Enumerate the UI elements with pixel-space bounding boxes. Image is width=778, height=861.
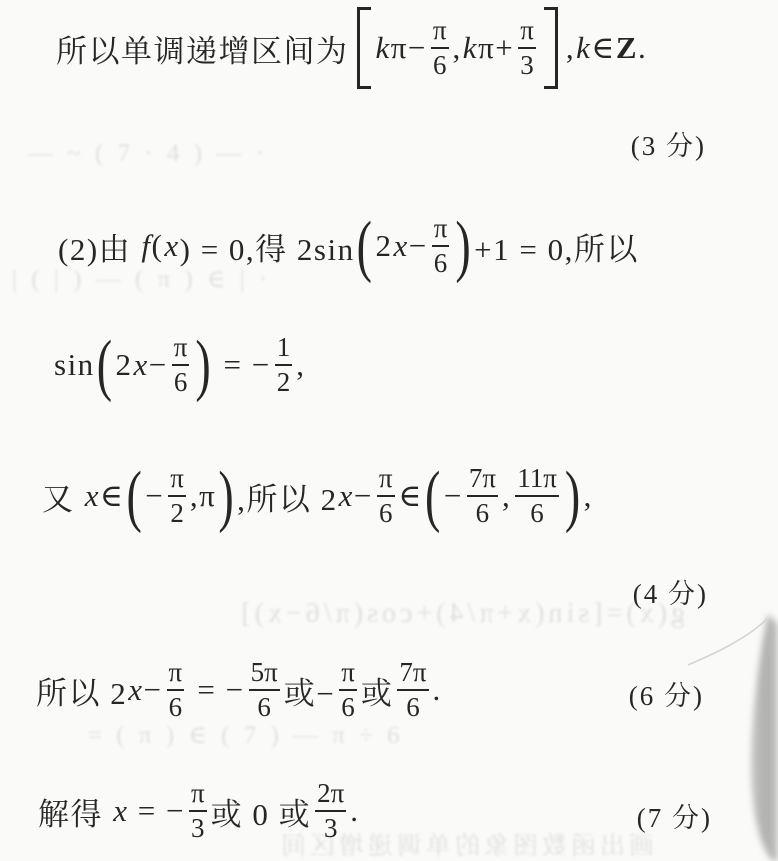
math-text: k: [375, 30, 391, 66]
math-text: = −: [214, 347, 270, 383]
fraction-bar: [315, 810, 346, 812]
right-big-paren: ): [563, 462, 584, 531]
denominator: 2: [275, 368, 293, 397]
math-text: x: [84, 478, 100, 514]
math-text: (2)由: [58, 224, 140, 269]
denominator: 6: [404, 693, 422, 722]
denominator: 3: [322, 814, 340, 843]
math-text: Z: [616, 30, 638, 66]
numerator: 7π: [467, 464, 498, 493]
numerator: π: [432, 214, 450, 243]
score-badge-6: (6 分): [629, 674, 704, 713]
denominator: 6: [172, 368, 190, 397]
denominator: 6: [339, 693, 357, 722]
math-text: x: [392, 228, 408, 264]
math-text: x: [163, 228, 179, 264]
math-text: ) = 0,得 2sin: [180, 224, 355, 269]
right-big-paren: ): [453, 212, 474, 281]
math-text: 所以 2: [36, 668, 127, 713]
math-text: −: [144, 672, 163, 708]
fraction-bar: [467, 495, 498, 497]
numerator: 2π: [315, 779, 346, 808]
math-text: 解得: [38, 789, 112, 834]
math-text: sin: [54, 347, 95, 383]
fraction-bar: [518, 47, 536, 49]
fraction: π6: [339, 658, 357, 722]
numerator: π: [431, 16, 449, 45]
bleed-through-text: g(x)=[sin(x+π/4)+cos(π/6−x)]: [85, 598, 685, 630]
fraction: 7π6: [397, 658, 428, 722]
math-text: −: [149, 347, 168, 383]
fraction: π2: [168, 464, 186, 528]
math-text: (: [152, 228, 164, 264]
right-square-bracket: [544, 7, 558, 89]
fraction-bar: [275, 364, 293, 366]
fraction-bar: [172, 364, 190, 366]
domain-range-line: 又 x∈(−π2,π),所以 2x−π6∈(−7π6,11π6),: [42, 452, 593, 540]
math-text: f: [140, 228, 151, 264]
numerator: π: [189, 779, 207, 808]
math-text: x: [338, 478, 354, 514]
monotonic-interval-line: 所以单调递增区间为kπ−π6,kπ+π3,k∈Z.: [56, 6, 647, 90]
right-big-paren: ): [216, 462, 237, 531]
fraction: π6: [432, 214, 450, 278]
fraction: π3: [518, 16, 536, 80]
fraction: π6: [167, 658, 185, 722]
fraction-bar: [339, 689, 357, 691]
denominator: 6: [432, 249, 450, 278]
fraction: 11π6: [515, 464, 559, 528]
numerator: 5π: [249, 658, 280, 687]
denominator: 3: [518, 51, 536, 80]
math-text: ,: [296, 347, 305, 383]
math-text: ,所以 2: [237, 474, 338, 519]
denominator: 6: [528, 499, 546, 528]
score-badge-3: (3 分): [631, 124, 706, 163]
math-text: −: [145, 478, 164, 514]
numerator: π: [167, 658, 185, 687]
math-text: k: [462, 30, 478, 66]
fraction: π6: [172, 333, 190, 397]
math-text: ,: [502, 478, 511, 514]
numerator: π: [172, 333, 190, 362]
scanned-math-page: — ~ ( 7 · 4 ) — · | ( | ) — ( π ) ∈ | · …: [0, 0, 778, 861]
math-text: +1 = 0,所以: [474, 224, 639, 269]
math-text: 又: [42, 474, 84, 519]
math-text: ∈: [591, 30, 615, 66]
math-text: 或−: [284, 668, 335, 713]
denominator: 6: [167, 693, 185, 722]
fraction: 12: [275, 333, 293, 397]
numerator: 1: [275, 333, 293, 362]
fraction-bar: [167, 689, 185, 691]
left-big-paren: (: [124, 462, 145, 531]
math-text: ,: [566, 30, 575, 66]
math-text: −: [444, 478, 463, 514]
fraction-bar: [431, 47, 449, 49]
math-text: ,: [453, 30, 462, 66]
math-text: π−: [391, 30, 427, 66]
math-text: x: [112, 793, 128, 829]
fraction-bar: [515, 495, 559, 497]
math-text: = −: [188, 672, 244, 708]
math-text: x: [133, 347, 149, 383]
math-text: 或: [361, 668, 394, 713]
score-badge-7: (7 分): [637, 796, 712, 835]
score-badge-4: (4 分): [633, 572, 708, 611]
fraction: π6: [431, 16, 449, 80]
fraction-bar: [432, 245, 450, 247]
math-text: ∈: [100, 478, 124, 514]
math-text: 2: [375, 228, 392, 264]
numerator: 7π: [397, 658, 428, 687]
fraction-bar: [377, 495, 395, 497]
math-text: k: [575, 30, 591, 66]
fraction-bar: [189, 810, 207, 812]
math-text: π+: [478, 30, 514, 66]
math-text: −: [354, 478, 373, 514]
bleed-through-text: — ~ ( 7 · 4 ) — ·: [28, 140, 548, 168]
left-big-paren: (: [95, 331, 116, 400]
left-big-paren: (: [423, 462, 444, 531]
math-text: 或 0 或: [211, 789, 312, 834]
denominator: 6: [474, 499, 492, 528]
left-square-bracket: [357, 7, 371, 89]
math-text: x: [127, 672, 143, 708]
math-text: ∈: [399, 478, 423, 514]
denominator: 6: [431, 51, 449, 80]
math-text: .: [350, 793, 359, 829]
numerator: π: [377, 464, 395, 493]
part2-setup-line: (2)由 f(x) = 0,得 2sin(2x−π6)+1 = 0,所以: [58, 202, 639, 290]
curl-shadow-shape: [751, 614, 778, 861]
x-solutions-line: 解得 x = −π3或 0 或2π3.: [38, 768, 360, 854]
fraction: 2π3: [315, 779, 346, 843]
math-text: −: [409, 228, 428, 264]
math-text: 2: [116, 347, 133, 383]
fraction: π3: [189, 779, 207, 843]
fraction: 7π6: [467, 464, 498, 528]
fraction-bar: [397, 689, 428, 691]
fraction-bar: [249, 689, 280, 691]
right-big-paren: ): [193, 331, 214, 400]
denominator: 3: [189, 814, 207, 843]
fraction: 5π6: [249, 658, 280, 722]
denominator: 6: [255, 693, 273, 722]
numerator: π: [168, 464, 186, 493]
denominator: 6: [377, 499, 395, 528]
fraction-bar: [168, 495, 186, 497]
fraction: π6: [377, 464, 395, 528]
numerator: π: [518, 16, 536, 45]
math-text: ,: [584, 478, 593, 514]
math-text: .: [433, 672, 442, 708]
curl-crease-line: [688, 619, 767, 665]
angle-solutions-line: 所以 2x−π6 = −5π6或−π6或7π6.: [36, 646, 442, 734]
denominator: 2: [168, 499, 186, 528]
math-text: 所以单调递增区间为: [56, 26, 349, 71]
sin-equation-line: sin(2x−π6) = −12,: [54, 322, 305, 408]
math-text: .: [638, 30, 647, 66]
numerator: π: [339, 658, 357, 687]
left-big-paren: (: [355, 212, 376, 281]
math-text: = −: [129, 793, 185, 829]
numerator: 11π: [515, 464, 559, 493]
math-text: ,π: [190, 478, 216, 514]
